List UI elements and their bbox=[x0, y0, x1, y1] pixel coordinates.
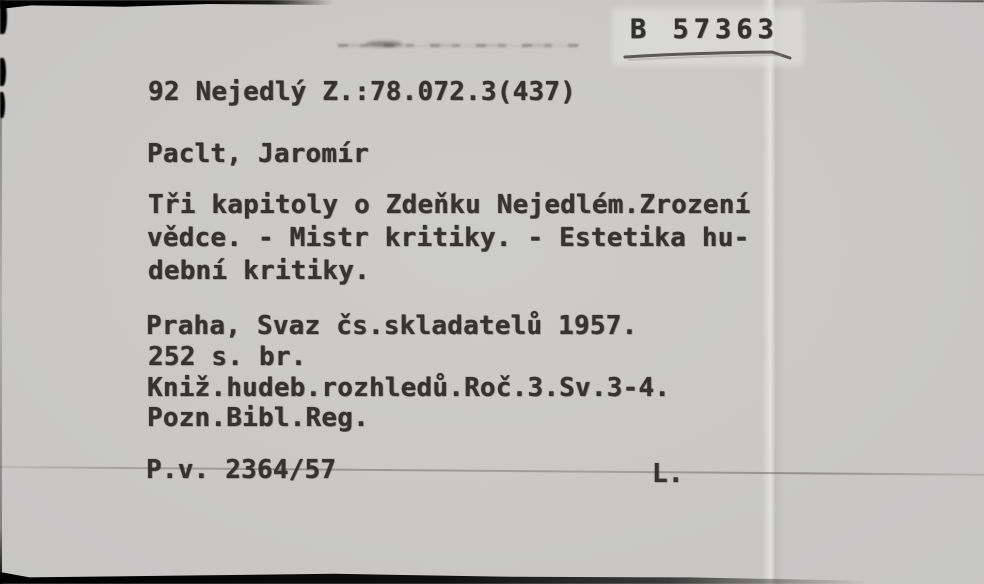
scan-edge-bottom bbox=[0, 572, 984, 584]
cataloguer-mark: L. bbox=[652, 461, 684, 487]
scan-edge-top bbox=[0, 0, 520, 9]
scan-edge-top-right bbox=[814, 0, 984, 4]
title-line-3: dební kritiky. bbox=[148, 258, 370, 284]
faint-pencil-smudge bbox=[338, 40, 578, 50]
scanned-catalog-card: B 57363 92 Nejedlý Z.:78.072.3(437) Pacl… bbox=[0, 0, 984, 584]
series-line: Kniž.hudeb.rozhledů.Roč.3.Sv.3-4. bbox=[147, 375, 670, 401]
scan-edge-left-line bbox=[0, 118, 2, 584]
title-line-1: Tři kapitoly o Zdeňku Nejedlém.Zrození bbox=[148, 192, 750, 218]
collation-line: 252 s. br. bbox=[148, 344, 307, 370]
accession-underline bbox=[622, 46, 802, 64]
title-line-2: vědce. - Mistr kritiky. - Estetika hu- bbox=[147, 225, 749, 251]
vertical-fold-mark bbox=[762, 0, 784, 584]
scan-edge-left-blob-1 bbox=[0, 0, 7, 34]
scan-edge-left-blob-2 bbox=[0, 58, 6, 86]
note-line: Pozn.Bibl.Reg. bbox=[147, 405, 369, 431]
accession-number: B 57363 bbox=[630, 16, 779, 43]
classification-line: 92 Nejedlý Z.:78.072.3(437) bbox=[148, 79, 576, 105]
scan-edge-left-blob-3 bbox=[0, 92, 5, 118]
author-line: Paclt, Jaromír bbox=[147, 141, 369, 167]
imprint-line: Praha, Svaz čs.skladatelů 1957. bbox=[146, 313, 637, 339]
record-number: P.v. 2364/57 bbox=[146, 457, 336, 483]
smudge-blob bbox=[366, 41, 402, 47]
